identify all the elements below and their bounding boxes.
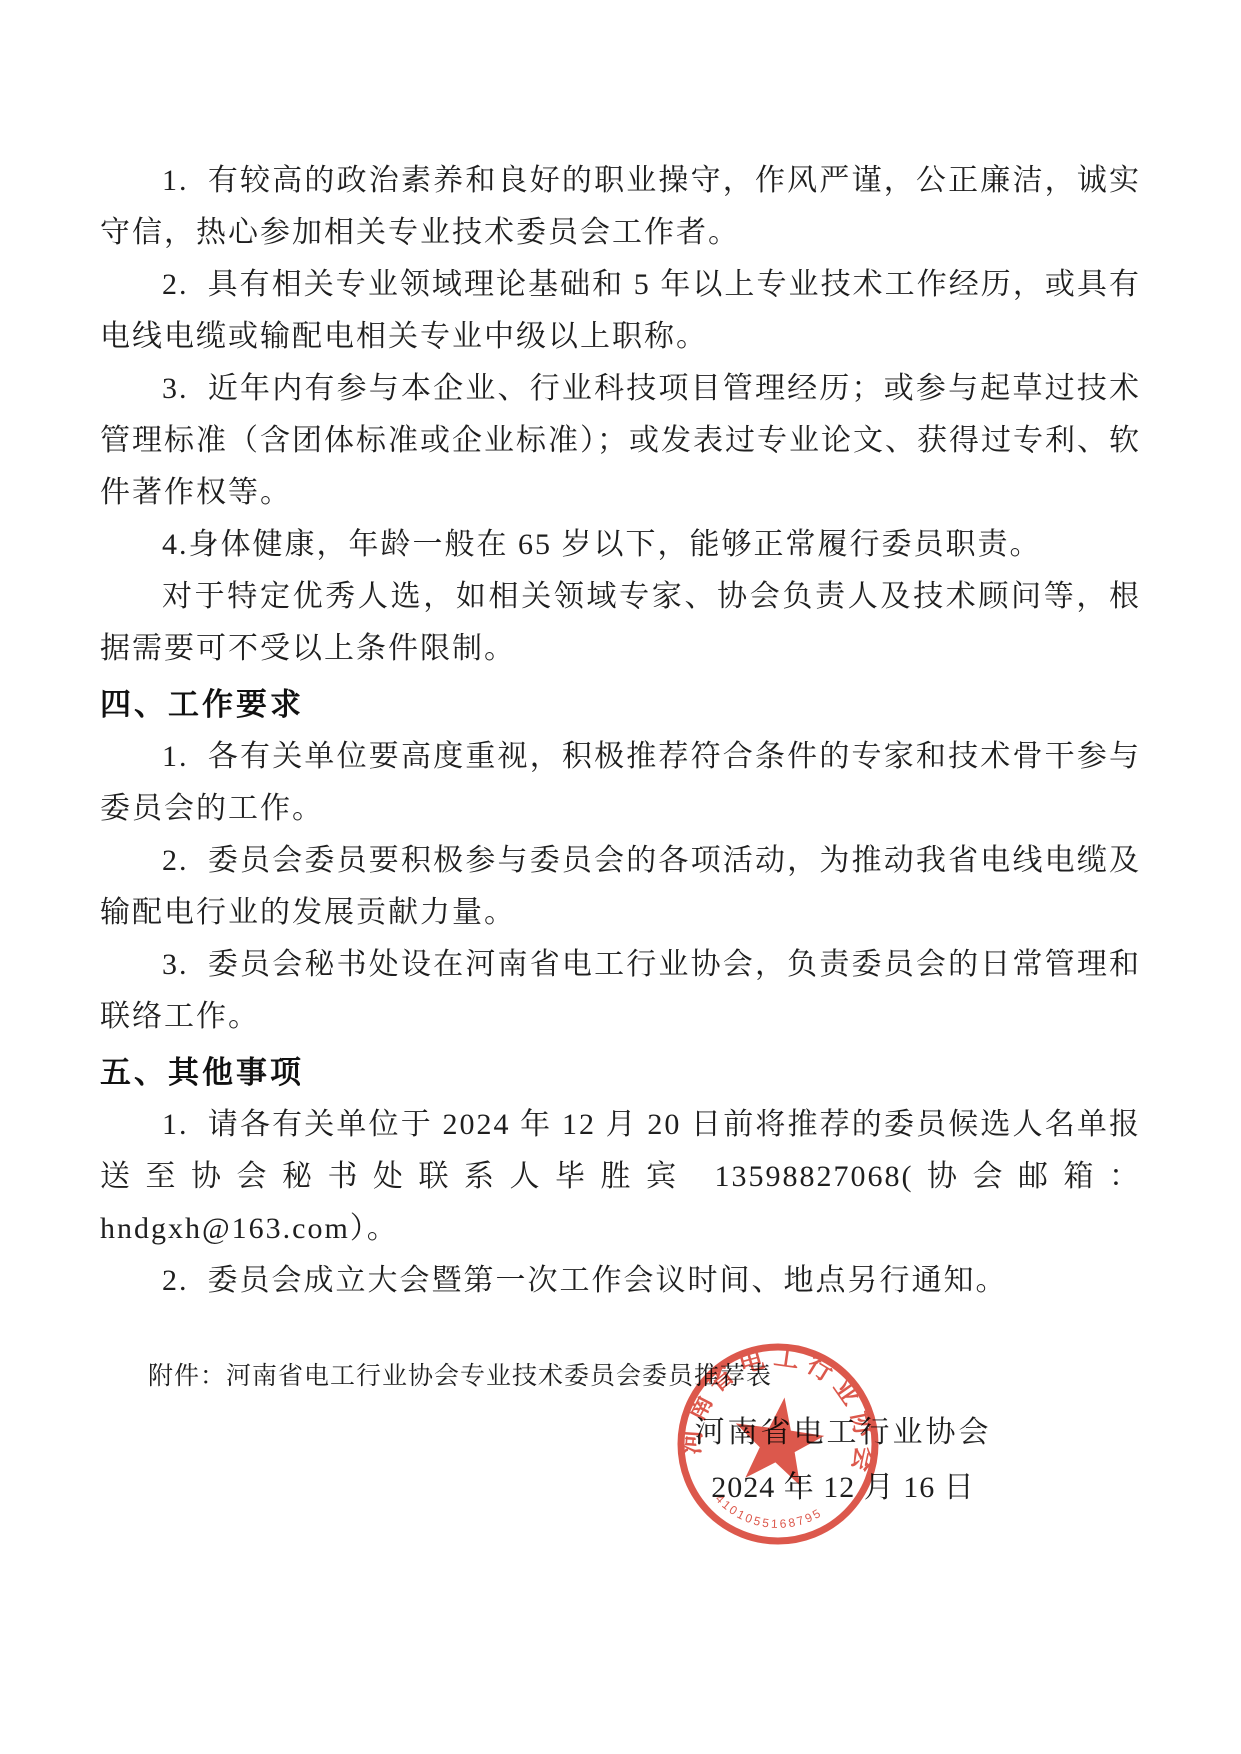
- paragraph-condition-2: 2. 具有相关专业领域理论基础和 5 年以上专业技术工作经历，或具有电线电缆或输…: [100, 259, 1141, 363]
- paragraph-condition-1: 1. 有较高的政治素养和良好的职业操守，作风严谨，公正廉洁，诚实守信，热心参加相…: [100, 155, 1141, 259]
- paragraph-condition-exception: 对于特定优秀人选，如相关领域专家、协会负责人及技术顾问等，根据需要可不受以上条件…: [100, 571, 1141, 675]
- paragraph-work-3: 3. 委员会秘书处设在河南省电工行业协会，负责委员会的日常管理和联络工作。: [100, 939, 1141, 1043]
- paragraph-other-1: 1. 请各有关单位于 2024 年 12 月 20 日前将推荐的委员候选人名单报…: [100, 1099, 1141, 1255]
- document-page: 1. 有较高的政治素养和良好的职业操守，作风严谨，公正廉洁，诚实守信，热心参加相…: [0, 0, 1241, 1754]
- signature-date: 2024 年 12 月 16 日: [633, 1460, 1053, 1515]
- paragraph-work-1: 1. 各有关单位要高度重视，积极推荐符合条件的专家和技术骨干参与委员会的工作。: [100, 731, 1141, 835]
- signature-block: 河南省电工行业协会 2024 年 12 月 16 日: [633, 1405, 1053, 1515]
- document-body: 1. 有较高的政治素养和良好的职业操守，作风严谨，公正廉洁，诚实守信，热心参加相…: [100, 155, 1141, 1397]
- attachment-note: 附件：河南省电工行业协会专业技术委员会委员推荐表: [100, 1357, 1141, 1397]
- paragraph-condition-3: 3. 近年内有参与本企业、行业科技项目管理经历；或参与起草过技术管理标准（含团体…: [100, 363, 1141, 519]
- paragraph-condition-4: 4.身体健康，年龄一般在 65 岁以下，能够正常履行委员职责。: [100, 519, 1141, 571]
- section-heading-work-requirements: 四、工作要求: [100, 679, 1141, 731]
- signature-org: 河南省电工行业协会: [633, 1405, 1053, 1460]
- section-heading-other-matters: 五、其他事项: [100, 1047, 1141, 1099]
- paragraph-other-2: 2. 委员会成立大会暨第一次工作会议时间、地点另行通知。: [100, 1255, 1141, 1307]
- paragraph-work-2: 2. 委员会委员要积极参与委员会的各项活动，为推动我省电线电缆及输配电行业的发展…: [100, 835, 1141, 939]
